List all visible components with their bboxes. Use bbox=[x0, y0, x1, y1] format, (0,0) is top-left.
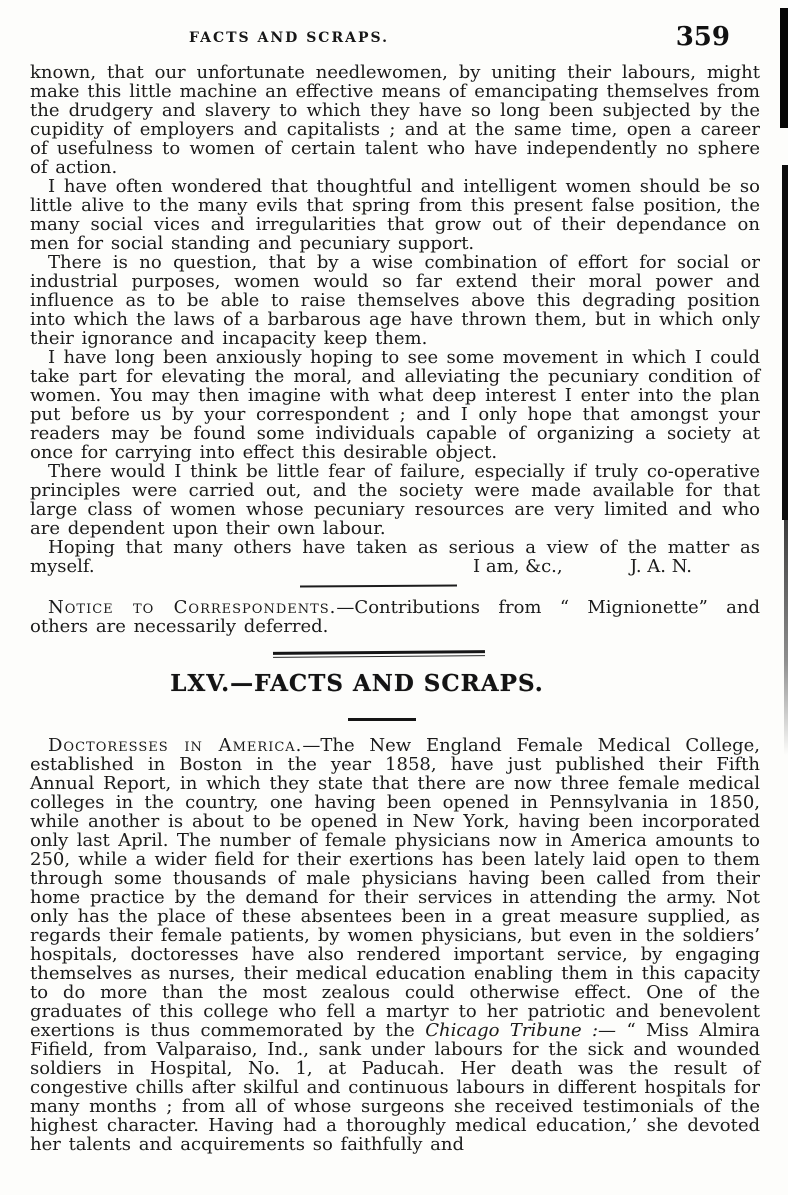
letter-paragraph: I have often wondered that thoughtful an… bbox=[30, 177, 760, 253]
double-divider-rule bbox=[273, 650, 485, 658]
notice-lead: Notice to Correspondents. bbox=[48, 597, 336, 618]
scan-edge-artifact bbox=[782, 165, 788, 520]
letter-valediction: I am, &c., bbox=[473, 557, 563, 576]
letter-closing-word: myself. bbox=[30, 557, 95, 576]
scanned-document-page: FACTS AND SCRAPS. 359 known, that our un… bbox=[0, 0, 788, 1195]
letter-paragraph: There would I think be little fear of fa… bbox=[30, 462, 760, 538]
notice-paragraph: Notice to Correspondents.—Contributions … bbox=[30, 598, 760, 636]
section-heading: LXV.—FACTS AND SCRAPS. bbox=[0, 670, 722, 698]
letter-paragraph: I have long been anxiously hoping to see… bbox=[30, 348, 760, 462]
letter-paragraph: known, that our unfortunate needlewomen,… bbox=[30, 63, 760, 177]
text-column: known, that our unfortunate needlewomen,… bbox=[30, 63, 760, 1154]
short-divider-rule bbox=[348, 718, 416, 721]
article-lead: Doctoresses in America. bbox=[48, 735, 302, 756]
letter-last-line: Hoping that many others have taken as se… bbox=[30, 538, 760, 557]
journal-name-italic: Chicago Tribune :— bbox=[425, 1020, 616, 1041]
page-number: 359 bbox=[676, 22, 730, 52]
letter-signature: J. A. N. bbox=[630, 557, 692, 576]
scan-edge-artifact bbox=[780, 8, 788, 128]
article-paragraph: Doctoresses in America.—The New England … bbox=[30, 736, 760, 1154]
scan-edge-artifact bbox=[784, 520, 788, 755]
divider-rule bbox=[300, 585, 457, 588]
article-text-post: “ Miss Almira Fifield, from Valparaiso, … bbox=[30, 1020, 760, 1155]
letter-signature-row: myself. I am, &c., J. A. N. bbox=[30, 557, 760, 576]
article-text-pre: —The New England Female Medical College,… bbox=[30, 735, 760, 1041]
letter-paragraph: There is no question, that by a wise com… bbox=[30, 253, 760, 348]
running-head-title: FACTS AND SCRAPS. bbox=[189, 30, 389, 46]
